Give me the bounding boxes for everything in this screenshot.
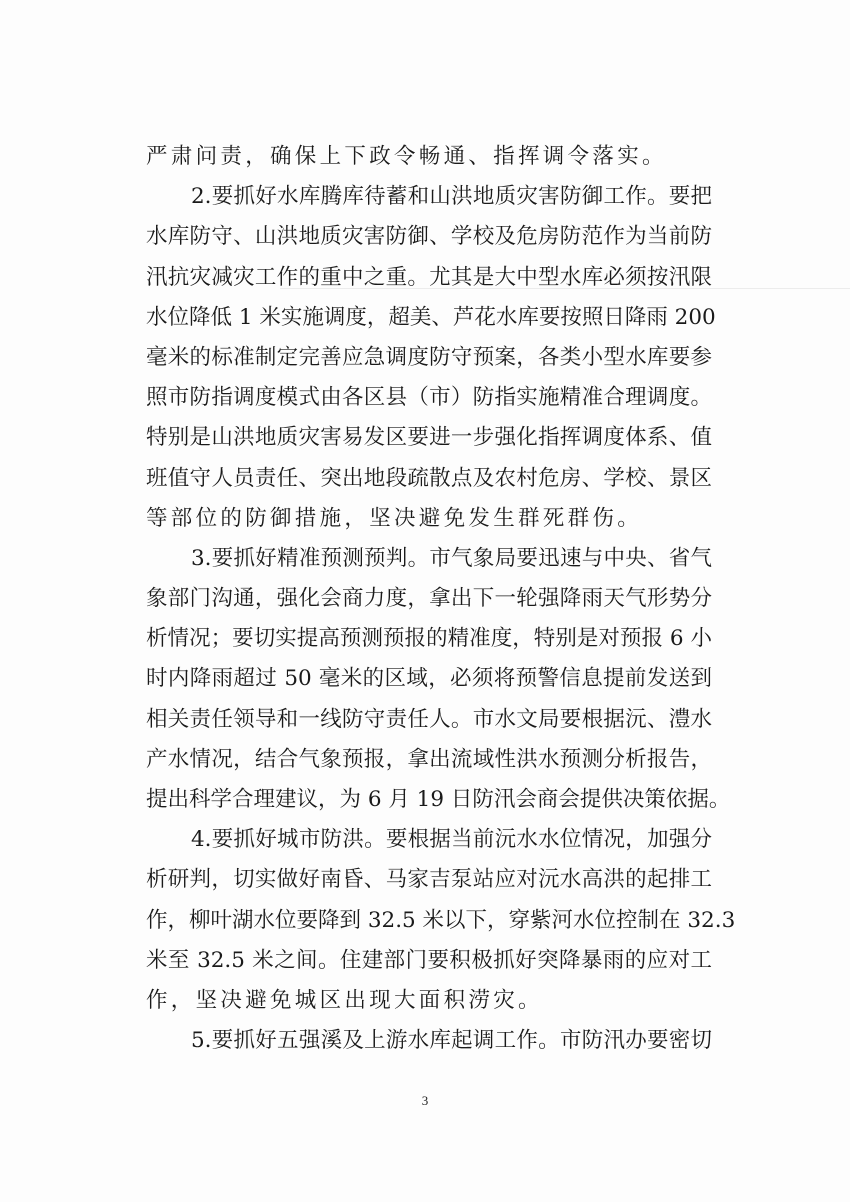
text-line: 作，柳叶湖水位要降到 32.5 米以下，穿紫河水位控制在 32.3 bbox=[146, 901, 712, 941]
text-line: 米至 32.5 米之间。住建部门要积极抓好突降暴雨的应对工 bbox=[146, 941, 712, 981]
text-line: 象部门沟通，强化会商力度，拿出下一轮强降雨天气形势分 bbox=[146, 579, 712, 619]
text-line: 水库防守、山洪地质灾害防御、学校及危房防范作为当前防 bbox=[146, 217, 712, 257]
text-line: 汛抗灾减灾工作的重中之重。尤其是大中型水库必须按汛限 bbox=[146, 258, 712, 298]
text-line: 析研判，切实做好南昏、马家吉泵站应对沅水高洪的起排工 bbox=[146, 860, 712, 900]
paragraph-first-line: 5.要抓好五强溪及上游水库起调工作。市防汛办要密切 bbox=[146, 1021, 712, 1061]
text-line: 产水情况，结合气象预报，拿出流域性洪水预测分析报告， bbox=[146, 740, 712, 780]
text-line: 时内降雨超过 50 毫米的区域，必须将预警信息提前发送到 bbox=[146, 659, 712, 699]
paragraph-first-line: 4.要抓好城市防洪。要根据当前沅水水位情况，加强分 bbox=[146, 820, 712, 860]
text-line: 作，坚决避免城区出现大面积涝灾。 bbox=[146, 981, 712, 1021]
text-line: 特别是山洪地质灾害易发区要进一步强化指挥调度体系、值 bbox=[146, 418, 712, 458]
document-page: 严肃问责，确保上下政令畅通、指挥调令落实。2.要抓好水库腾库待蓄和山洪地质灾害防… bbox=[0, 0, 850, 1202]
text-line: 相关责任领导和一线防守责任人。市水文局要根据沅、澧水 bbox=[146, 700, 712, 740]
text-line: 严肃问责，确保上下政令畅通、指挥调令落实。 bbox=[146, 137, 712, 177]
page-number: 3 bbox=[0, 1093, 850, 1109]
text-line: 提出科学合理建议，为 6 月 19 日防汛会商会提供决策依据。 bbox=[146, 780, 712, 820]
text-line: 析情况；要切实提高预测预报的精准度，特别是对预报 6 小 bbox=[146, 619, 712, 659]
document-body: 严肃问责，确保上下政令畅通、指挥调令落实。2.要抓好水库腾库待蓄和山洪地质灾害防… bbox=[146, 137, 712, 1061]
text-line: 毫米的标准制定完善应急调度防守预案，各类小型水库要参 bbox=[146, 338, 712, 378]
text-line: 等部位的防御措施，坚决避免发生群死群伤。 bbox=[146, 499, 712, 539]
text-line: 水位降低 1 米实施调度，超美、芦花水库要按照日降雨 200 bbox=[146, 298, 712, 338]
paragraph-first-line: 2.要抓好水库腾库待蓄和山洪地质灾害防御工作。要把 bbox=[146, 177, 712, 217]
text-line: 班值守人员责任、突出地段疏散点及农村危房、学校、景区 bbox=[146, 459, 712, 499]
text-line: 照市防指调度模式由各区县（市）防指实施精准合理调度。 bbox=[146, 378, 712, 418]
paragraph-first-line: 3.要抓好精准预测预判。市气象局要迅速与中央、省气 bbox=[146, 539, 712, 579]
